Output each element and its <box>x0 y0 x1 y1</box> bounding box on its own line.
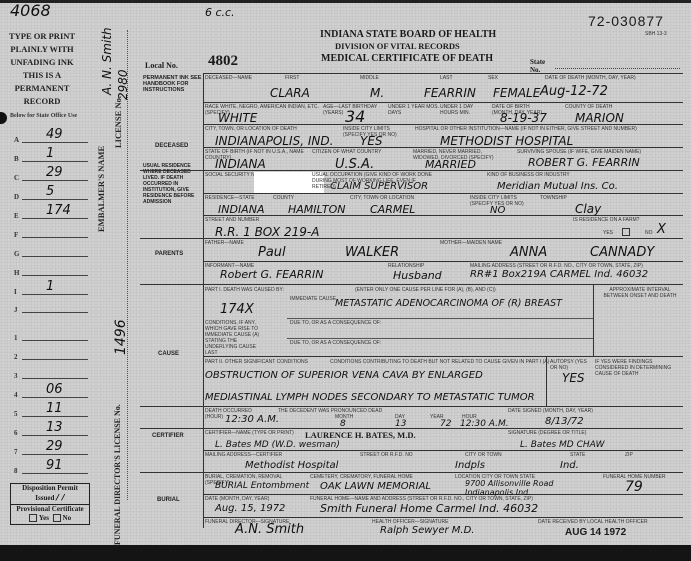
age-value: 34 <box>345 107 365 126</box>
coded-row: I1 <box>8 282 88 296</box>
occupation: CLAIM SUPERVISOR <box>330 181 428 192</box>
date-received: AUG 14 1972 <box>565 527 626 538</box>
residence-county: HAMILTON <box>288 203 346 216</box>
citizen-of: U.S.A. <box>335 157 374 172</box>
pronounced-month: 8 <box>340 419 346 429</box>
grid-line <box>203 356 683 357</box>
certifier-state: Ind. <box>560 460 579 471</box>
surviving-spouse: ROBERT G. FEARRIN <box>528 156 640 169</box>
local-no: 4802 <box>208 53 238 70</box>
certifier-city: Indpls <box>455 460 485 471</box>
pronounced-day: 13 <box>395 419 406 429</box>
farm-no-mark: X <box>657 222 666 237</box>
farm-yes-checkbox[interactable] <box>622 228 630 236</box>
scan-edge <box>0 0 691 3</box>
state-office-label: Below for State Office Use <box>10 113 77 119</box>
coded-row: A49 <box>8 130 88 144</box>
form-code: SBH 13-3 <box>645 31 667 37</box>
section-cause: CAUSE <box>158 351 179 357</box>
cemetery-location: 9700 Allisonville Road Indianapolis Ind. <box>465 479 565 497</box>
city-of-death: INDIANAPOLIS, IND. <box>215 134 333 148</box>
grid-line <box>203 73 683 74</box>
coded-row: B1 <box>8 149 88 163</box>
coded-row: 613 <box>8 423 88 437</box>
coded-row: 1 <box>8 328 88 342</box>
grid-line <box>203 494 683 495</box>
provisional-no-checkbox[interactable] <box>53 514 61 522</box>
coded-row: 891 <box>8 461 88 475</box>
certifier-signature: L. Bates MD CHAW <box>520 440 605 450</box>
grid-line <box>140 428 683 429</box>
grid-line <box>140 472 683 473</box>
race-value: WHITE <box>218 111 257 125</box>
date-of-birth: 8-19-37 <box>500 111 547 125</box>
burial-date: Aug. 15, 1972 <box>215 503 285 514</box>
residence-inside-city: NO <box>490 205 505 216</box>
section-deceased: DECEASED <box>155 143 188 149</box>
grid-line <box>203 102 683 103</box>
agency-title: INDIANA STATE BOARD OF HEALTH <box>320 29 496 40</box>
health-officer-signature: Ralph Sewyer M.D. <box>380 525 474 536</box>
date-of-death: Aug-12-72 <box>540 84 608 99</box>
father-middle-name: WALKER <box>345 245 399 260</box>
coded-row: G <box>8 244 88 258</box>
section-certifier: CERTIFIER <box>152 433 184 439</box>
death-certificate: 4068 TYPE OR PRINT PLAINLY WITH UNFADING… <box>0 0 691 545</box>
coded-row: 406 <box>8 385 88 399</box>
deceased-last-name: FEARRIN <box>424 86 476 100</box>
coded-row: 3 <box>8 366 88 380</box>
license-label: LICENSE No. <box>113 96 123 148</box>
grid-line <box>203 450 683 451</box>
mother-first-name: ANNA <box>510 245 547 260</box>
coded-row: 511 <box>8 404 88 418</box>
local-no-label: Local No. <box>145 61 178 70</box>
part2-line2: MEDIASTINAL LYMPH NODES SECONDARY TO MET… <box>205 392 535 403</box>
punch-hole <box>0 112 7 124</box>
coded-row: F <box>8 225 88 239</box>
left-panel: 4068 TYPE OR PRINT PLAINLY WITH UNFADING… <box>0 0 80 545</box>
ink-notice: TYPE OR PRINT PLAINLY WITH UNFADING INK … <box>6 30 78 108</box>
immediate-cause: METASTATIC ADENOCARCINOMA OF (R) BREAST <box>335 298 562 309</box>
grid-line <box>203 73 204 528</box>
date-signed: 8/13/72 <box>545 416 584 427</box>
funeral-director-signature: A.N. Smith <box>235 522 304 537</box>
coded-row: H <box>8 263 88 277</box>
grid-line <box>203 215 683 216</box>
residence-city: CARMEL <box>370 203 415 216</box>
mother-middle-name: CANNADY <box>590 245 654 260</box>
father-first-name: Paul <box>258 245 286 260</box>
scan-edge-bottom <box>0 545 691 561</box>
coded-row: 2 <box>8 347 88 361</box>
hospital-name: METHODIST HOSPITAL <box>440 134 573 148</box>
copies-note: 6 c.c. <box>205 6 235 19</box>
fd-license: 1496 <box>113 319 129 355</box>
grid-line <box>203 261 683 262</box>
coded-row: 729 <box>8 442 88 456</box>
informant-name: Robert G. FEARRIN <box>220 268 324 281</box>
division-title: DIVISION OF VITAL RECORDS <box>335 41 460 51</box>
part2-line1: OBSTRUCTION OF SUPERIOR VENA CAVA BY ENL… <box>205 370 483 381</box>
coded-row: C29 <box>8 168 88 182</box>
grid-line <box>593 284 594 356</box>
certifier-name-handwritten: L. Bates MD (W.D. wesman) <box>215 440 340 450</box>
coded-row: J <box>8 300 88 314</box>
informant-relationship: Husband <box>393 269 442 282</box>
fd-license-label: FUNERAL DIRECTOR'S LICENSE No. <box>113 404 122 545</box>
section-parents: PARENTS <box>155 251 183 257</box>
certifier-address: Methodist Hospital <box>245 460 338 471</box>
grid-line <box>203 517 683 518</box>
coded-row: D5 <box>8 187 88 201</box>
marital-status: MARRIED <box>425 158 476 171</box>
funeral-home-number: 79 <box>625 479 643 495</box>
industry: Meridian Mutual Ins. Co. <box>497 181 618 192</box>
state-of-birth: INDIANA <box>215 157 266 171</box>
form-title: MEDICAL CERTIFICATE OF DEATH <box>321 53 493 64</box>
cause-code: 174X <box>220 302 254 317</box>
embalmer-name-label: EMBALMER'S NAME <box>96 146 106 232</box>
embalmer-license: 2980 <box>116 69 130 100</box>
township: Clay <box>575 202 601 216</box>
pronounced-hour: 12:30 A.M. <box>460 419 509 429</box>
dotted-divider <box>127 30 128 500</box>
permanent-ink-note: PERMANENT INK SEE HANDBOOK FOR INSTRUCTI… <box>143 75 203 93</box>
grid-line <box>203 193 683 194</box>
pronounced-year: 72 <box>440 419 451 429</box>
certificate-number: 72-030877 <box>588 13 664 29</box>
deceased-first-name: CLARA <box>270 86 310 100</box>
state-no-field <box>555 68 680 69</box>
embalmer-name: A. N. Smith <box>100 27 114 95</box>
state-no-label: State No. <box>530 58 552 74</box>
autopsy-value: YES <box>562 371 585 385</box>
funeral-home: Smith Funeral Home Carmel Ind. 46032 <box>320 502 538 515</box>
burial-method: BURIAL Entombment <box>215 481 309 491</box>
grid-line <box>140 284 683 285</box>
inside-city-limits: YES <box>360 134 383 148</box>
deceased-middle-name: M. <box>370 86 384 100</box>
residence-street: R.R. 1 BOX 219-A <box>215 225 319 239</box>
provisional-yes-checkbox[interactable] <box>29 514 37 522</box>
county-of-death: MARION <box>575 111 624 125</box>
file-number: 4068 <box>10 1 51 20</box>
certifier-name-typed: LAURENCE H. BATES, M.D. <box>305 430 416 440</box>
death-hour: 12:30 A.M. <box>225 414 279 425</box>
disposition-permit-box: Disposition Permit Issued / / Provisiona… <box>10 483 90 525</box>
residence-state: INDIANA <box>218 203 264 216</box>
sex-value: FEMALE <box>493 86 540 100</box>
informant-address: RR#1 Box219A CARMEL Ind. 46032 <box>470 269 648 280</box>
grid-line <box>140 406 683 407</box>
coded-row: E174 <box>8 206 88 220</box>
section-burial: BURIAL <box>157 497 180 503</box>
cemetery-name: OAK LAWN MEMORIAL <box>320 481 431 492</box>
